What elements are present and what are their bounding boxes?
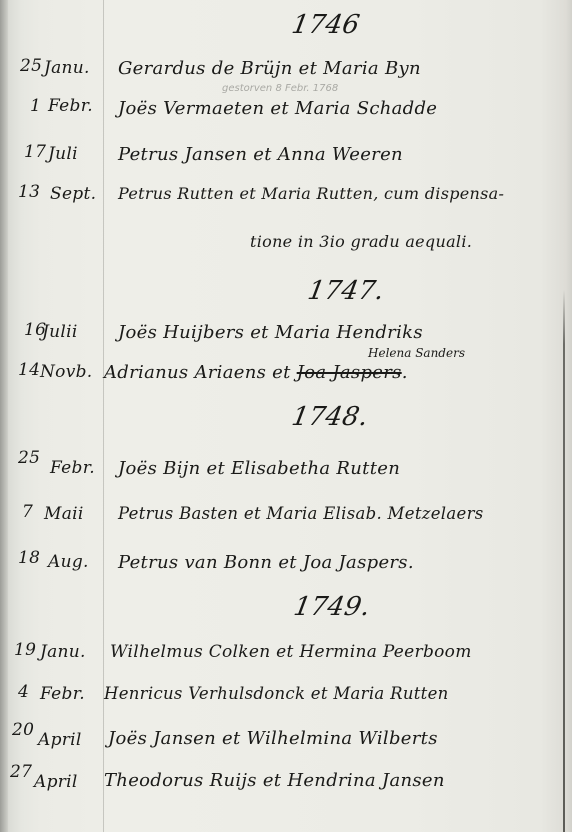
entry-text: Petrus van Bonn et Joa Jaspers. xyxy=(118,552,414,573)
entry-day: 13 xyxy=(18,182,40,202)
entry-text-before: Adrianus Ariaens et xyxy=(104,362,291,383)
entry-month: Febr. xyxy=(40,684,85,704)
entry-text: Henricus Verhulsdonck et Maria Rutten xyxy=(104,684,449,703)
entry-text: Joës Bijn et Elisabetha Rutten xyxy=(118,458,400,479)
entry-text: Theodorus Ruijs et Hendrina Jansen xyxy=(104,770,445,791)
entry-month: Febr. xyxy=(50,458,95,478)
entry-text: Joës Huijbers et Maria Hendriks xyxy=(118,322,423,343)
year-heading-1748: 1748. xyxy=(289,402,370,432)
year-heading-1747: 1747. xyxy=(305,276,386,306)
entry-text: Petrus Basten et Maria Elisab. Metzelaer… xyxy=(118,504,484,523)
entry-day: 18 xyxy=(18,548,40,568)
entry-text: Gerardus de Brüjn et Maria Byn xyxy=(118,58,421,79)
entry-month: Janu. xyxy=(40,642,86,662)
entry-day: 7 xyxy=(22,502,33,522)
page-edge xyxy=(563,290,565,832)
entry-month: Aug. xyxy=(48,552,89,572)
margin-rule xyxy=(103,0,104,832)
entry-text: Adrianus Ariaens et Joa Jaspers. xyxy=(104,362,408,383)
entry-day: 27 xyxy=(10,762,32,782)
entry-trailing: . xyxy=(402,362,408,383)
entry-day: 25 xyxy=(18,448,40,468)
entry-month: Febr. xyxy=(48,96,93,116)
entry-continuation: tione in 3io gradu aequali. xyxy=(250,232,472,251)
entry-day: 25 xyxy=(20,56,42,76)
entry-month: Maii xyxy=(44,504,84,524)
entry-month: Julii xyxy=(42,322,78,342)
entry-text: Petrus Rutten et Maria Rutten, cum dispe… xyxy=(118,184,504,203)
entry-day: 14 xyxy=(18,360,40,380)
entry-month: April xyxy=(38,730,82,750)
entry-text: Wilhelmus Colken et Hermina Peerboom xyxy=(110,642,472,662)
year-heading-1749: 1749. xyxy=(291,592,372,622)
inserted-correction: Helena Sanders xyxy=(368,346,465,360)
entry-day: 1 xyxy=(30,96,41,116)
entry-day: 4 xyxy=(18,682,29,702)
struck-name: Joa Jaspers xyxy=(297,362,402,383)
entry-text: Petrus Jansen et Anna Weeren xyxy=(118,144,403,165)
pencil-annotation: gestorven 8 Febr. 1768 xyxy=(222,83,338,94)
entry-text: Joës Jansen et Wilhelmina Wilberts xyxy=(108,728,438,749)
entry-day: 19 xyxy=(14,640,36,660)
entry-month: April xyxy=(34,772,78,792)
register-page: 1746 25 Janu. Gerardus de Brüjn et Maria… xyxy=(0,0,572,832)
entry-month: Novb. xyxy=(40,362,93,382)
entry-month: Janu. xyxy=(44,58,90,78)
entry-day: 17 xyxy=(24,142,46,162)
entry-text: Joës Vermaeten et Maria Schadde xyxy=(118,98,437,119)
entry-day: 20 xyxy=(12,720,34,740)
entry-month: Juli xyxy=(48,144,78,164)
page-binding-shadow xyxy=(0,0,8,832)
year-heading-1746: 1746 xyxy=(289,10,362,40)
entry-month: Sept. xyxy=(50,184,96,204)
